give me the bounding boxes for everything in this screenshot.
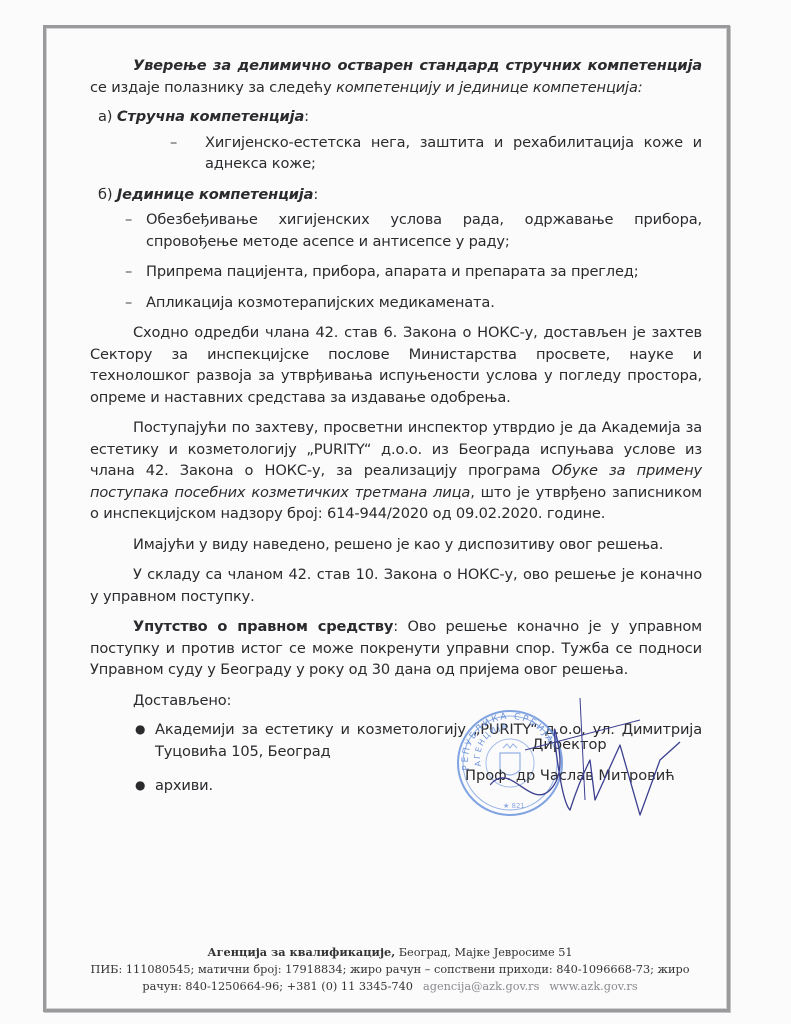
bullet-icon: ● bbox=[135, 719, 145, 741]
footer-contact-line: рачун: 840-1250664-96; +381 (0) 11 3345-… bbox=[80, 978, 700, 995]
footer-org-line: Агенција за квалификације, Београд, Мајк… bbox=[80, 944, 700, 961]
legal-remedy-label: Упутство о правном средству bbox=[133, 618, 393, 635]
paragraph-final: У складу са чланом 42. став 10. Закона о… bbox=[90, 564, 702, 607]
bullet-icon: ● bbox=[135, 775, 145, 797]
section-a-list: –Хигијенско-естетска нега, заштита и рех… bbox=[90, 132, 702, 175]
dash-icon: – bbox=[125, 292, 132, 314]
handwritten-signature-icon bbox=[490, 690, 710, 830]
list-item: –Хигијенско-естетска нега, заштита и рех… bbox=[90, 132, 702, 175]
paragraph-legal-remedy: Упутство о правном средству: Ово решење … bbox=[90, 616, 702, 681]
list-item: –Обезбеђивање хигијенских услова рада, о… bbox=[90, 209, 702, 252]
list-item: –Припрема пацијента, прибора, апарата и … bbox=[90, 261, 702, 283]
section-b-list: –Обезбеђивање хигијенских услова рада, о… bbox=[90, 209, 702, 313]
footer-ids-line: ПИБ: 111080545; матични број: 17918834; … bbox=[80, 961, 700, 978]
dash-icon: – bbox=[125, 261, 132, 283]
email-link[interactable]: agencija@azk.gov.rs bbox=[423, 980, 539, 993]
paragraph-request: Сходно одредби члана 42. став 6. Закона … bbox=[90, 322, 702, 408]
footer-org-name: Агенција за квалификације, bbox=[207, 945, 395, 959]
dash-icon: – bbox=[170, 132, 177, 154]
section-b-heading: б) Јединице компетенција: bbox=[98, 184, 702, 206]
website-link[interactable]: www.azk.gov.rs bbox=[549, 980, 637, 993]
list-item: –Апликација козмотерапијских медикаменат… bbox=[90, 292, 702, 314]
paragraph-decision: Имајући у виду наведено, решено је као у… bbox=[90, 534, 702, 556]
paragraph-inspection: Поступајући по захтеву, просветни инспек… bbox=[90, 417, 702, 525]
intro-paragraph: Уверење за делимично остварен стандард с… bbox=[90, 55, 702, 98]
signature-block: РЕПУБЛИКА СРБИЈА АГЕНЦИЈА ★ 821 Директор… bbox=[450, 690, 740, 840]
dash-icon: – bbox=[125, 209, 132, 231]
section-a-heading: а) Стручна компетенција: bbox=[98, 106, 702, 128]
footer: Агенција за квалификације, Београд, Мајк… bbox=[80, 944, 700, 995]
certificate-title: Уверење за делимично остварен стандард с… bbox=[133, 57, 702, 74]
